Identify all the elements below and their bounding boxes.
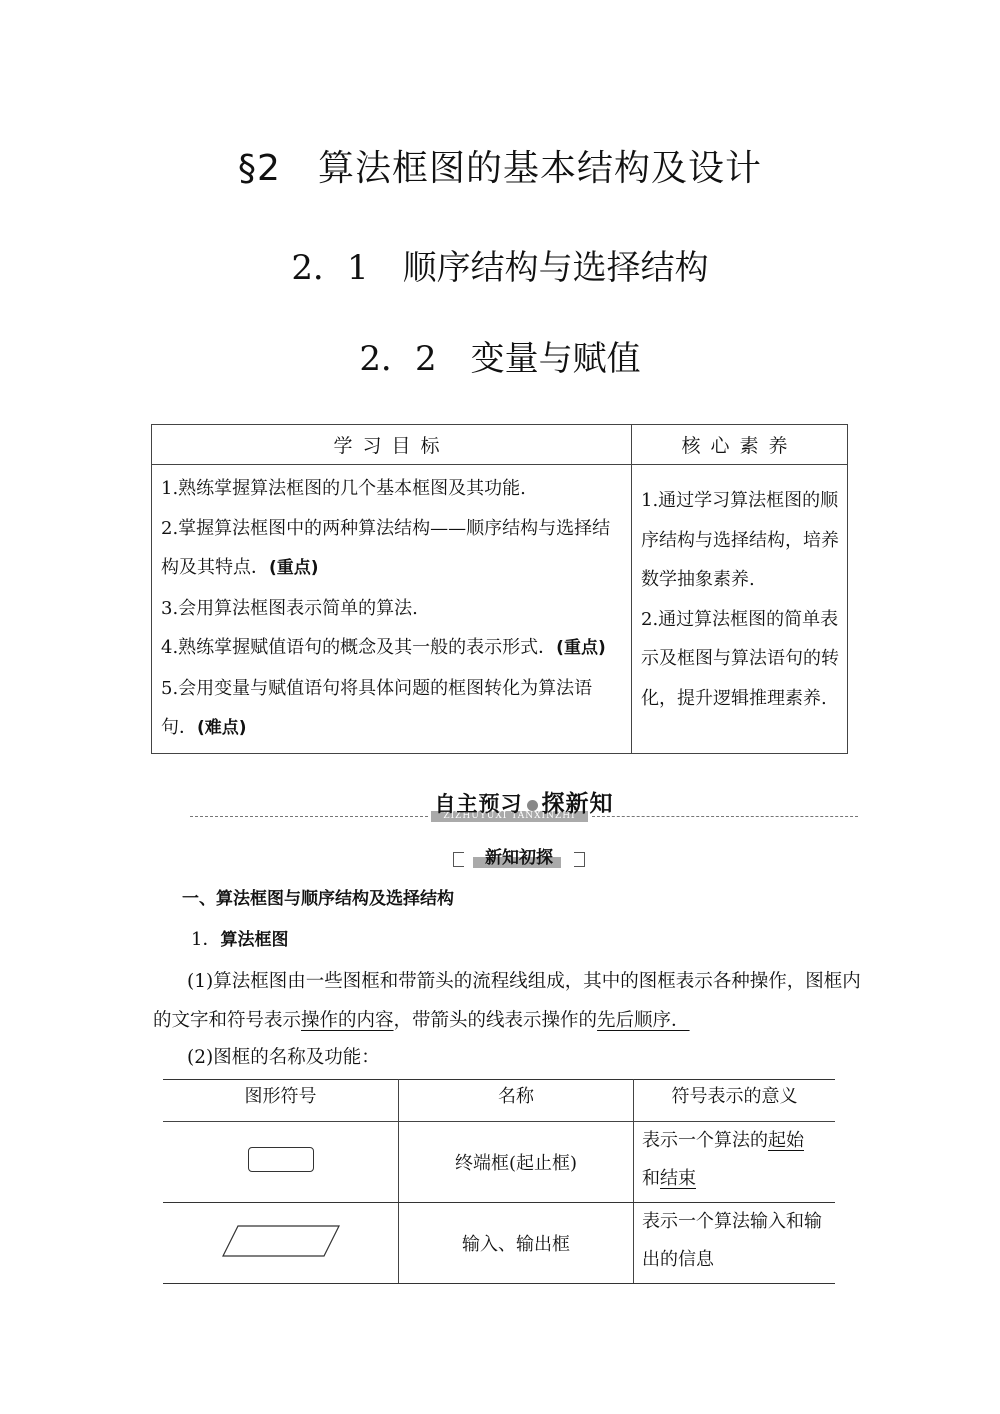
key-point-tag: (重点) <box>556 638 606 658</box>
preview-banner: ZIZHUYUXI TANXINZHI 自主预习探新知 <box>190 785 858 825</box>
table-row: 终端框(起止框) 表示一个算法的起始和结束 <box>163 1122 835 1203</box>
io-symbol-cell <box>163 1203 399 1284</box>
subtitle-2-2: 2．2 变量与赋值 <box>0 331 1000 380</box>
header-learning-goals: 学习目标 <box>152 425 632 465</box>
objectives-table: 学习目标 核心素养 1.熟练掌握算法框图的几个基本框图及其功能. 2.掌握算法框… <box>151 424 848 754</box>
key-point-tag: (重点) <box>269 558 319 578</box>
symbols-table: 图形符号 名称 符号表示的意义 终端框(起止框) 表示一个算法的起始和结束 输入… <box>163 1079 835 1284</box>
parallelogram-icon <box>221 1224 341 1258</box>
goal-item: 4.熟练掌握赋值语句的概念及其一般的表示形式．(重点) <box>161 628 623 669</box>
terminal-box-icon <box>248 1147 314 1172</box>
literacy-item: 2.通过算法框图的简单表示及框图与算法语句的转化，提升逻辑推理素养. <box>641 600 839 719</box>
core-literacy-cell: 1.通过学习算法框图的顺序结构与选择结构，培养数学抽象素养. 2.通过算法框图的… <box>632 465 848 754</box>
header-meaning: 符号表示的意义 <box>634 1080 836 1122</box>
new-knowledge-tag: 新知初探 <box>453 843 585 869</box>
terminal-symbol-cell <box>163 1122 399 1203</box>
goal-item: 1.熟练掌握算法框图的几个基本框图及其功能. <box>161 469 623 509</box>
blank-answer: 操作的内容 <box>301 1010 394 1031</box>
banner-title: 自主预习探新知 <box>190 785 858 818</box>
header-name: 名称 <box>399 1080 634 1122</box>
literacy-item: 1.通过学习算法框图的顺序结构与选择结构，培养数学抽象素养. <box>641 481 839 600</box>
learning-goals-cell: 1.熟练掌握算法框图的几个基本框图及其功能. 2.掌握算法框图中的两种算法结构—… <box>152 465 632 754</box>
paragraph-2: (2)图框的名称及功能： <box>187 1043 380 1069</box>
blank-answer: 先后顺序． <box>597 1010 690 1031</box>
subheading: 1．算法框图 <box>191 925 288 951</box>
goal-item: 2.掌握算法框图中的两种算法结构——顺序结构与选择结构及其特点．(重点) <box>161 509 623 589</box>
goal-item: 5.会用变量与赋值语句将具体问题的框图转化为算法语句．(难点) <box>161 669 623 749</box>
goal-item: 3.会用算法框图表示简单的算法. <box>161 589 623 629</box>
symbol-meaning: 表示一个算法的起始和结束 <box>634 1122 836 1203</box>
section-title: §2 算法框图的基本结构及设计 <box>0 140 1000 191</box>
symbol-name: 输入、输出框 <box>399 1203 634 1284</box>
difficult-point-tag: (难点) <box>197 718 247 738</box>
subtitle-2-1: 2．1 顺序结构与选择结构 <box>0 240 1000 289</box>
table-row: 输入、输出框 表示一个算法输入和输出的信息 <box>163 1203 835 1284</box>
symbol-meaning: 表示一个算法输入和输出的信息 <box>634 1203 836 1284</box>
section-heading: 一、算法框图与顺序结构及选择结构 <box>182 884 454 909</box>
header-core-literacy: 核心素养 <box>632 425 848 465</box>
symbol-name: 终端框(起止框) <box>399 1122 634 1203</box>
paragraph-1: (1)算法框图由一些图框和带箭头的流程线组成，其中的图框表示各种操作，图框内的文… <box>153 962 863 1040</box>
arrow-circle-icon <box>527 800 538 811</box>
header-symbol: 图形符号 <box>163 1080 399 1122</box>
